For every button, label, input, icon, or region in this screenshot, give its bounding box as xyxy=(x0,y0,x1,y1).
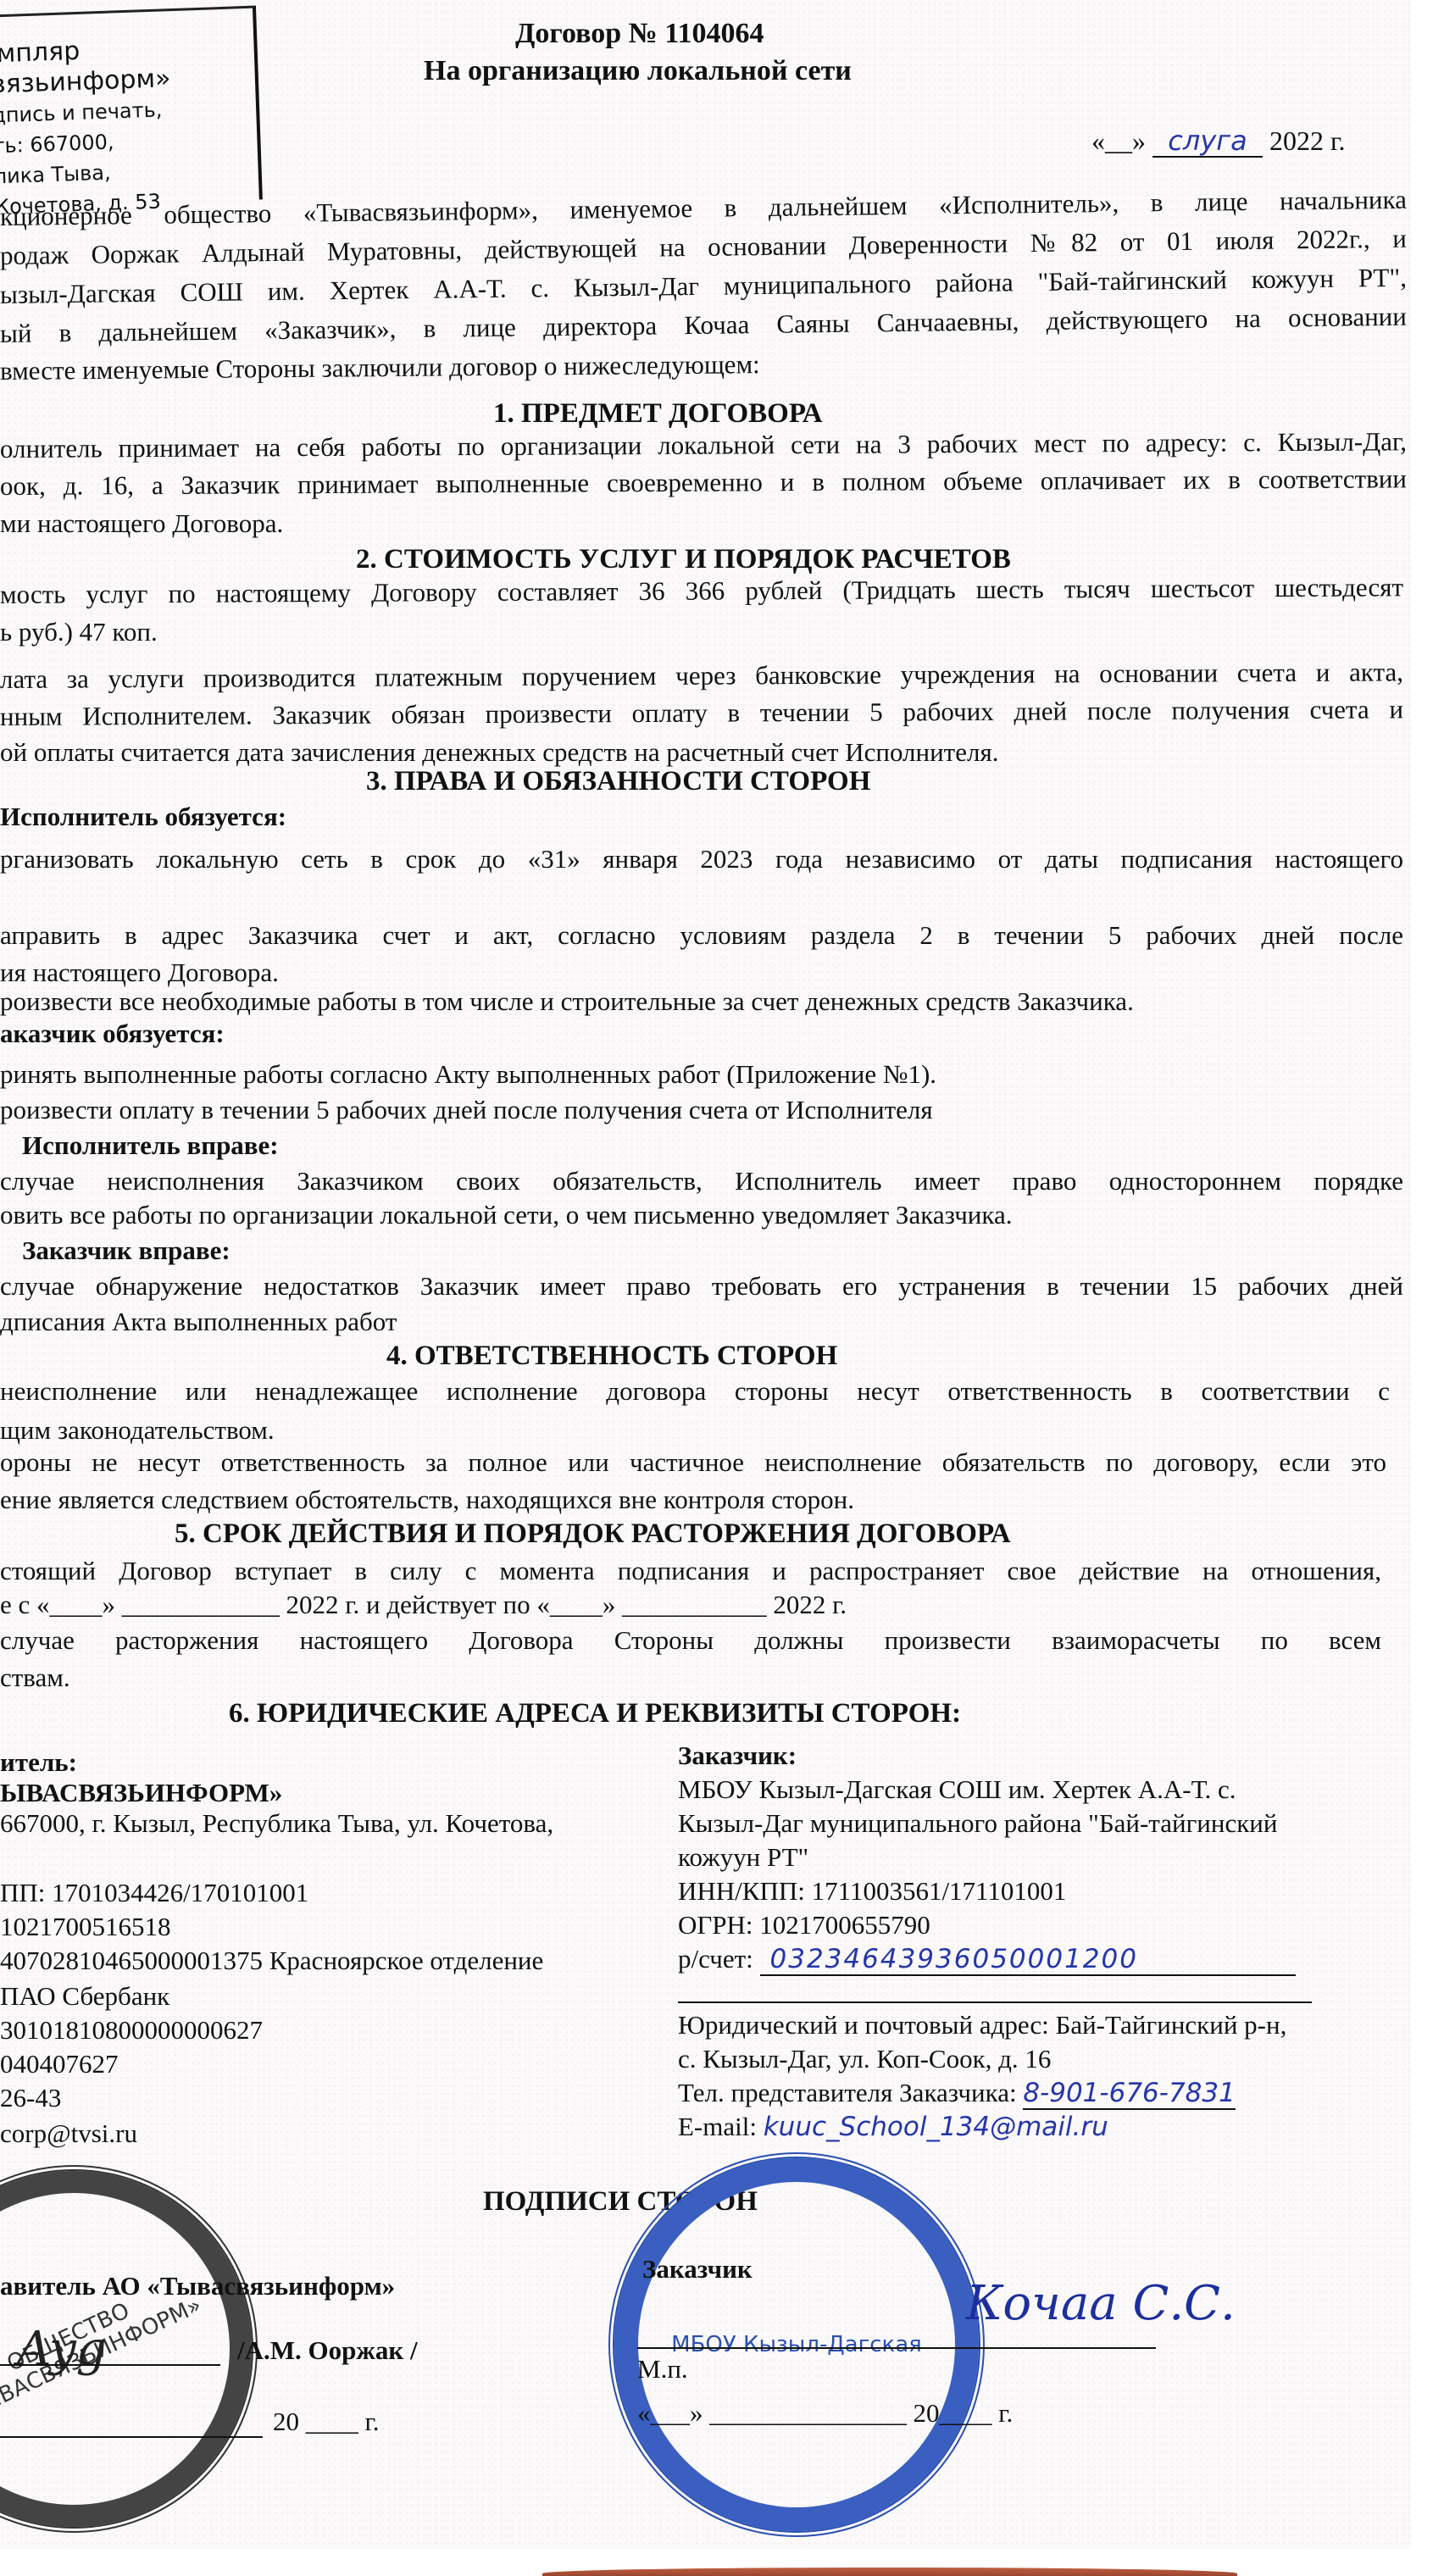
section-heading: 5. СРОК ДЕЙСТВИЯ И ПОРЯДОК РАСТОРЖЕНИЯ Д… xyxy=(175,1518,1011,1549)
customer-school-seal: МБОУ Кызыл-Дагская xyxy=(608,2152,985,2537)
section-line: дписания Акта выполненных работ xyxy=(0,1307,397,1337)
section-line: ствам. xyxy=(0,1663,70,1693)
customer-sign-date: «___» _______________ 20____ г. xyxy=(637,2398,1013,2429)
executor-email: corp@tvsi.ru xyxy=(0,2118,137,2149)
section-line: ринять выполненные работы согласно Акту … xyxy=(0,1059,936,1090)
preamble-line: ый в дальнейшем «Заказчик», в лице дирек… xyxy=(0,302,1407,349)
executor-detail: 26-43 xyxy=(0,2083,61,2113)
account-label: р/счет: xyxy=(678,1944,753,1974)
executor-detail: 040407627 xyxy=(0,2049,119,2079)
contract-title: Договор № 1104064 xyxy=(515,19,764,49)
section-line: ение является следствием обстоятельств, … xyxy=(0,1485,854,1515)
contract-subtitle: На организацию локальной сети xyxy=(424,56,852,86)
customer-phone: Тел. представителя Заказчика: 8-901-676-… xyxy=(678,2078,1236,2110)
email-label: E-mail: xyxy=(678,2112,757,2141)
section-line: роизвести оплату в течении 5 рабочих дне… xyxy=(0,1095,933,1125)
section-line: е с «____» ____________ 2022 г. и действ… xyxy=(0,1590,847,1620)
phone-value-handwritten: 8-901-676-7831 xyxy=(1023,2078,1236,2110)
date-year: 2022 г. xyxy=(1269,125,1346,156)
customer-signatory-title: Заказчик xyxy=(642,2254,753,2285)
executor-detail: 30101810800000000627 xyxy=(0,2015,263,2046)
customer-email: E-mail: kuuc_School_134@mail.ru xyxy=(678,2112,1108,2142)
subheading: Заказчик вправе: xyxy=(22,1235,230,1266)
customer-detail: Кызыл-Даг муниципального района "Бай-тай… xyxy=(678,1808,1277,1839)
section-line: неисполнение или ненадлежащее исполнение… xyxy=(0,1376,1390,1407)
customer-detail: кожуун РТ" xyxy=(678,1842,808,1873)
date-month-handwritten: слуга xyxy=(1152,125,1263,158)
customer-address: с. Кызыл-Даг, ул. Коп-Соок, д. 16 xyxy=(678,2044,1051,2074)
blank-line xyxy=(678,2001,1312,2003)
section-line: случае обнаружение недостатков Заказчик … xyxy=(0,1271,1403,1302)
section-line: случае расторжения настоящего Договора С… xyxy=(0,1625,1381,1656)
signature-line xyxy=(0,2364,220,2366)
customer-handwritten-signature: Кочаа С.С. xyxy=(966,2276,1236,2331)
executor-detail: ПП: 1701034426/170101001 xyxy=(0,1878,308,1908)
customer-account: р/счет: 03234643936050001200 xyxy=(678,1944,1296,1976)
customer-label: Заказчик: xyxy=(678,1740,797,1771)
section-heading: 6. ЮРИДИЧЕСКИЕ АДРЕСА И РЕКВИЗИТЫ СТОРОН… xyxy=(229,1698,961,1729)
customer-detail: ИНН/КПП: 1711003561/171101001 xyxy=(678,1876,1066,1907)
subheading: Исполнитель обязуется: xyxy=(0,802,286,832)
contract-date: «__» слуга 2022 г. xyxy=(1091,125,1346,158)
customer-address: Юридический и почтовый адрес: Бай-Тайгин… xyxy=(678,2010,1286,2040)
executor-signatory-title: авитель АО «Тывасвязьинформ» xyxy=(0,2271,395,2301)
account-value-handwritten: 03234643936050001200 xyxy=(760,1944,1296,1976)
section-line: ь руб.) 47 коп. xyxy=(0,617,158,647)
section-line: овить все работы по организации локально… xyxy=(0,1200,1012,1230)
preamble-line: родаж Ооржак Алдынай Муратовны, действую… xyxy=(0,224,1407,271)
executor-detail: 667000, г. Кызыл, Республика Тыва, ул. К… xyxy=(0,1808,553,1839)
section-heading: 3. ПРАВА И ОБЯЗАННОСТИ СТОРОН xyxy=(366,766,870,797)
phone-label: Тел. представителя Заказчика: xyxy=(678,2078,1017,2107)
section-heading: 1. ПРЕДМЕТ ДОГОВОРА xyxy=(493,398,823,429)
section-line: стоящий Договор вступает в силу с момент… xyxy=(0,1556,1381,1586)
customer-detail: МБОУ Кызыл-Дагская СОШ им. Хертек А.А-Т.… xyxy=(678,1774,1236,1805)
seal-text: МБОУ Кызыл-Дагская xyxy=(671,2332,922,2357)
subheading: аказчик обязуется: xyxy=(0,1019,225,1049)
date-day: «__» xyxy=(1091,125,1146,156)
section-line: оок, д. 16, а Заказчик принимает выполне… xyxy=(0,464,1407,502)
subheading: Исполнитель вправе: xyxy=(22,1130,279,1161)
executor-detail: 40702810465000001375 Красноярское отделе… xyxy=(0,1946,543,1976)
executor-handwritten-signature: Ayg xyxy=(17,2322,107,2377)
section-line: щим законодательством. xyxy=(0,1415,275,1446)
date-line xyxy=(0,2436,263,2438)
executor-sign-date: 20 ____ г. xyxy=(273,2407,379,2437)
executor-signatory-name: /А.М. Ооржак / xyxy=(237,2335,418,2366)
preamble-line: ызыл-Дагская СОШ им. Хертек А.А-Т. с. Кы… xyxy=(0,263,1407,310)
section-line: лата за услуги производится платежным по… xyxy=(0,657,1403,695)
executor-name: ЫВАСВЯЗЬИНФОРМ» xyxy=(0,1778,282,1808)
email-value-handwritten: kuuc_School_134@mail.ru xyxy=(764,2112,1108,2142)
section-line: ми настоящего Договора. xyxy=(0,508,283,539)
section-line: ия настоящего Договора. xyxy=(0,958,279,988)
customer-detail: ОГРН: 1021700655790 xyxy=(678,1910,930,1940)
section-line: ороны не несут ответственность за полное… xyxy=(0,1447,1386,1478)
executor-detail: ПАО Сбербанк xyxy=(0,1981,169,2012)
copy-stamp-box: мпляр вязьинформ» дпись и печать, ть: 66… xyxy=(0,6,263,209)
preamble-line: вместе именуемые Стороны заключили догов… xyxy=(0,349,760,386)
customer-mp: М.п. xyxy=(637,2354,688,2384)
executor-detail: 1021700516518 xyxy=(0,1912,171,1942)
executor-label: итель: xyxy=(0,1747,77,1778)
section-line: роизвести все необходимые работы в том ч… xyxy=(0,986,1134,1017)
section-heading: 4. ОТВЕТСТВЕННОСТЬ СТОРОН xyxy=(386,1341,837,1371)
section-line: олнитель принимает на себя работы по орг… xyxy=(0,426,1407,464)
signature-line xyxy=(637,2347,1156,2349)
section-line: аправить в адрес Заказчика счет и акт, с… xyxy=(0,920,1403,951)
section-line: рганизовать локальную сеть в срок до «31… xyxy=(0,844,1403,874)
section-line: случае неисполнения Заказчиком своих обя… xyxy=(0,1166,1403,1196)
section-line: нным Исполнителем. Заказчик обязан произ… xyxy=(0,694,1403,732)
desk-surface-edge xyxy=(542,2568,1237,2576)
section-heading: 2. СТОИМОСТЬ УСЛУГ И ПОРЯДОК РАСЧЕТОВ xyxy=(356,544,1011,575)
section-line: мость услуг по настоящему Договору соста… xyxy=(0,572,1403,610)
scanned-contract-page: мпляр вязьинформ» дпись и печать, ть: 66… xyxy=(0,0,1411,2549)
section-line: ой оплаты считается дата зачисления дене… xyxy=(0,737,998,768)
